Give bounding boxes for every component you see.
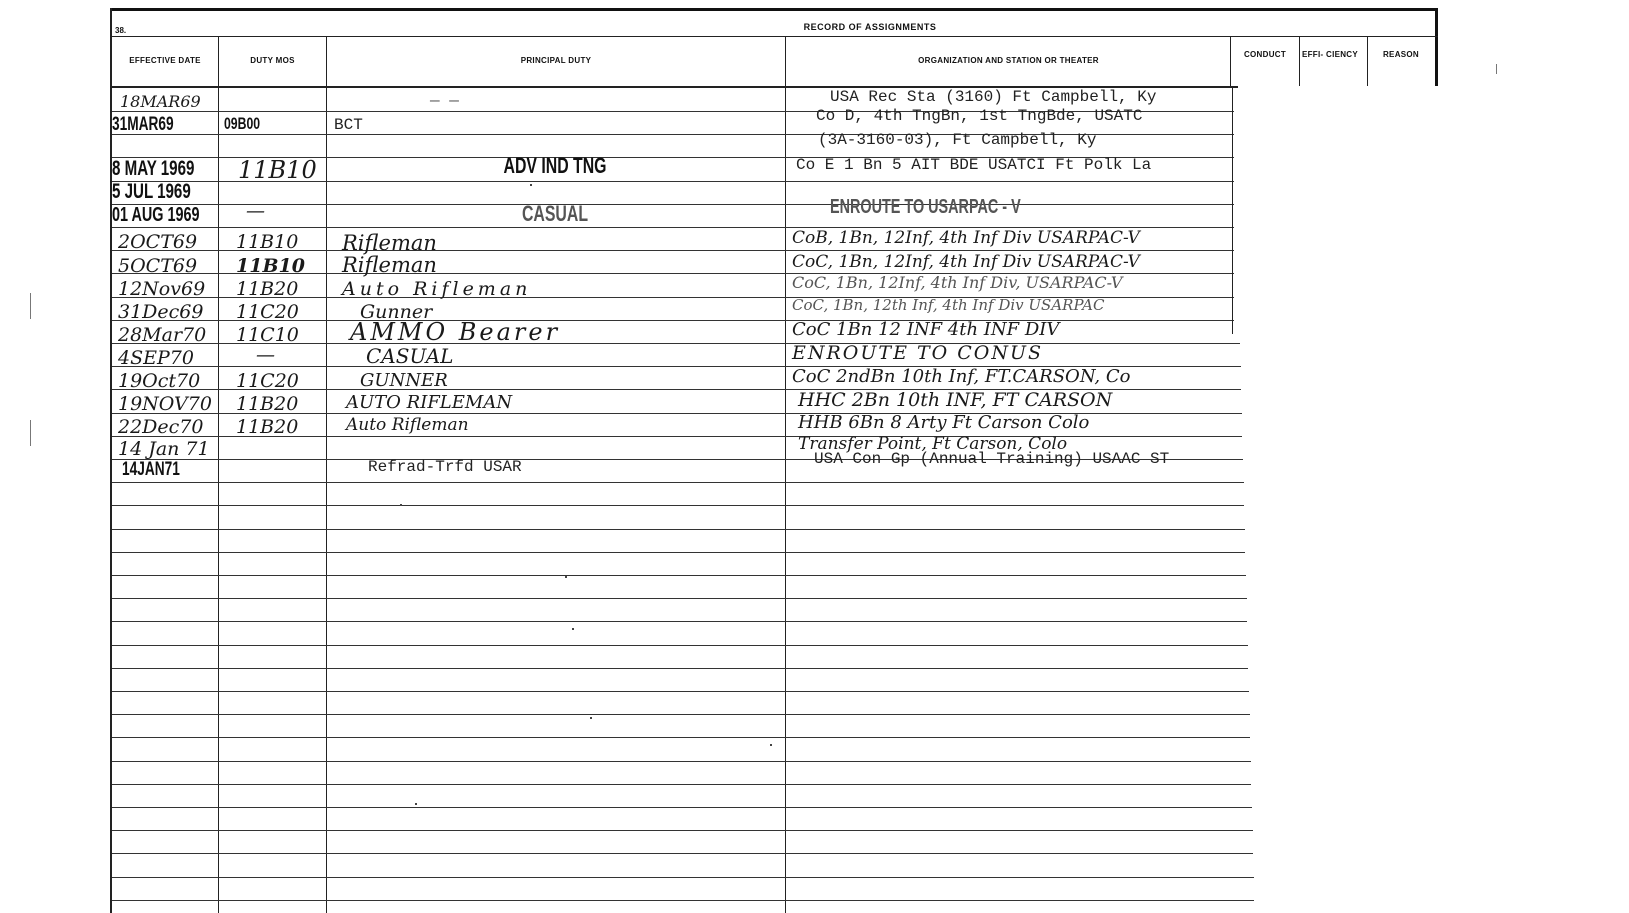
row-11-org: ENROUTE TO CONUS	[792, 342, 1043, 364]
row-rule	[112, 853, 1253, 854]
row-12-org: CoC 2ndBn 10th Inf, FT.CARSON, Co	[792, 366, 1130, 387]
row-3-mos: 11B10	[238, 156, 317, 184]
row-6-date: 2OCT69	[118, 231, 197, 253]
row-3-date: 8 MAY 1969	[112, 157, 194, 181]
row-14-org: HHB 6Bn 8 Arty Ft Carson Colo	[798, 412, 1089, 433]
row-12-mos: 11C20	[236, 370, 299, 392]
speck	[415, 803, 417, 805]
col-header-efficiency: EFFI- CIENCY	[1300, 32, 1360, 78]
row-14-date: 22Dec70	[118, 416, 203, 438]
row-4-date: 5 JUL 1969	[112, 180, 191, 204]
col-header-principal-duty: PRINCIPAL DUTY	[327, 38, 785, 84]
margin-mark	[30, 420, 31, 446]
row-9-date: 31Dec69	[118, 301, 203, 323]
record-of-assignments-form: 38. RECORD OF ASSIGNMENTS EFFECTIVE DATE…	[110, 8, 1438, 913]
row-11-duty: CASUAL	[366, 344, 453, 368]
row-rule	[112, 830, 1253, 831]
row-rule	[112, 575, 1246, 576]
row-6-duty: Rifleman	[342, 231, 437, 255]
row-6-org: CoB, 1Bn, 12Inf, 4th Inf Div USARPAC-V	[792, 228, 1140, 248]
section-number: 38.	[115, 26, 126, 35]
row-rule	[112, 552, 1245, 553]
row-13-date: 19NOV70	[118, 393, 212, 415]
margin-mark	[30, 293, 31, 319]
col-divider-4	[1230, 36, 1231, 86]
col-header-effective-date: EFFECTIVE DATE	[112, 38, 218, 84]
row-rule	[112, 691, 1249, 692]
row-13-duty: AUTO RIFLEMAN	[346, 392, 512, 413]
row-1-duty: BCT	[334, 116, 363, 134]
row-1-org: Co D, 4th TngBn, 1st TngBde, USATC	[816, 107, 1142, 125]
col-divider-2	[326, 36, 327, 913]
col-header-conduct: CONDUCT	[1231, 32, 1299, 78]
speck	[565, 576, 567, 578]
col-divider-3	[785, 36, 786, 913]
margin-mark	[1496, 64, 1497, 74]
row-8-duty: Auto Rifleman	[342, 278, 531, 300]
row-7-date: 5OCT69	[118, 255, 197, 277]
row-9-org: CoC, 1Bn, 12th Inf, 4th Inf Div USARPAC	[792, 296, 1104, 314]
col-header-organization: ORGANIZATION AND STATION OR THEATER	[786, 38, 1231, 84]
row-0-org: USA Rec Sta (3160) Ft Campbell, Ky	[830, 88, 1156, 106]
row-rule	[112, 598, 1247, 599]
speck	[530, 184, 532, 186]
row-rule	[112, 784, 1251, 785]
row-12-duty: GUNNER	[360, 370, 448, 391]
row-16-date: 14JAN71	[122, 459, 180, 481]
speck	[572, 628, 574, 630]
form-left-border	[110, 8, 112, 913]
org-col-right-border	[1232, 86, 1233, 334]
row-rule	[112, 529, 1245, 530]
row-13-org: HHC 2Bn 10th INF, FT CARSON	[798, 389, 1112, 411]
row-rule	[112, 807, 1252, 808]
row-rule	[112, 482, 1244, 483]
row-10-duty: AMMO Bearer	[350, 318, 560, 346]
row-rule	[112, 761, 1251, 762]
row-3-duty: ADV IND TNG	[429, 153, 681, 179]
row-1-date: 31MAR69	[112, 114, 174, 136]
row-rule	[112, 645, 1248, 646]
section-title: RECORD OF ASSIGNMENTS	[670, 22, 1070, 32]
row-11-mos: —	[256, 344, 275, 366]
row-14-mos: 11B20	[236, 416, 298, 438]
row-10-date: 28Mar70	[118, 324, 206, 346]
row-rule	[112, 737, 1250, 738]
row-9-mos: 11C20	[236, 301, 299, 323]
row-0-date: 18MAR69	[120, 92, 201, 111]
row-7-org: CoC, 1Bn, 12Inf, 4th Inf Div USARPAC-V	[792, 252, 1140, 272]
row-5-org: ENROUTE TO USARPAC - V	[830, 196, 1021, 219]
row-8-org: CoC, 1Bn, 12Inf, 4th Inf Div, USARPAC-V	[792, 273, 1122, 292]
row-7-mos: 11B10	[236, 255, 305, 277]
row-rule	[112, 668, 1248, 669]
form-right-border	[1435, 8, 1438, 86]
row-15-date: 14 Jan 71	[118, 438, 210, 460]
form-top-border	[110, 8, 1438, 11]
row-2-org: (3A-3160-03), Ft Campbell, Ky	[818, 131, 1096, 149]
row-1-mos: 09B00	[224, 114, 260, 134]
row-13-mos: 11B20	[236, 393, 298, 415]
row-0-duty: — —	[430, 92, 459, 110]
row-7-duty: Rifleman	[342, 253, 437, 277]
row-8-date: 12Nov69	[118, 278, 205, 300]
row-5-date: 01 AUG 1969	[112, 204, 200, 227]
row-6-mos: 11B10	[236, 231, 298, 253]
row-16-duty: Refrad-Trfd USAR	[368, 458, 522, 476]
speck	[590, 717, 592, 719]
col-divider-6	[1367, 36, 1368, 86]
row-12-date: 19Oct70	[118, 370, 200, 392]
row-10-org: CoC 1Bn 12 INF 4th INF DIV	[792, 319, 1059, 340]
row-rule	[112, 900, 1254, 901]
speck	[400, 504, 402, 506]
row-16-org: USA Con Gp (Annual Training) USAAC ST	[814, 450, 1169, 468]
col-header-reason: REASON	[1368, 32, 1434, 78]
row-5-duty: CASUAL	[429, 201, 681, 227]
row-5-mos: —	[246, 200, 265, 222]
row-rule	[112, 877, 1254, 878]
row-8-mos: 11B20	[236, 278, 298, 300]
speck	[770, 744, 772, 746]
row-11-date: 4SEP70	[118, 347, 194, 369]
col-header-duty-mos: DUTY MOS	[219, 38, 326, 84]
row-rule	[112, 714, 1250, 715]
row-rule	[112, 621, 1247, 622]
row-14-duty: Auto Rifleman	[346, 415, 469, 435]
row-3-org: Co E 1 Bn 5 AIT BDE USATCI Ft Polk La	[796, 156, 1151, 174]
row-rule	[112, 505, 1244, 506]
row-10-mos: 11C10	[236, 324, 299, 346]
col-divider-5	[1299, 36, 1300, 86]
col-divider-1	[218, 36, 219, 913]
